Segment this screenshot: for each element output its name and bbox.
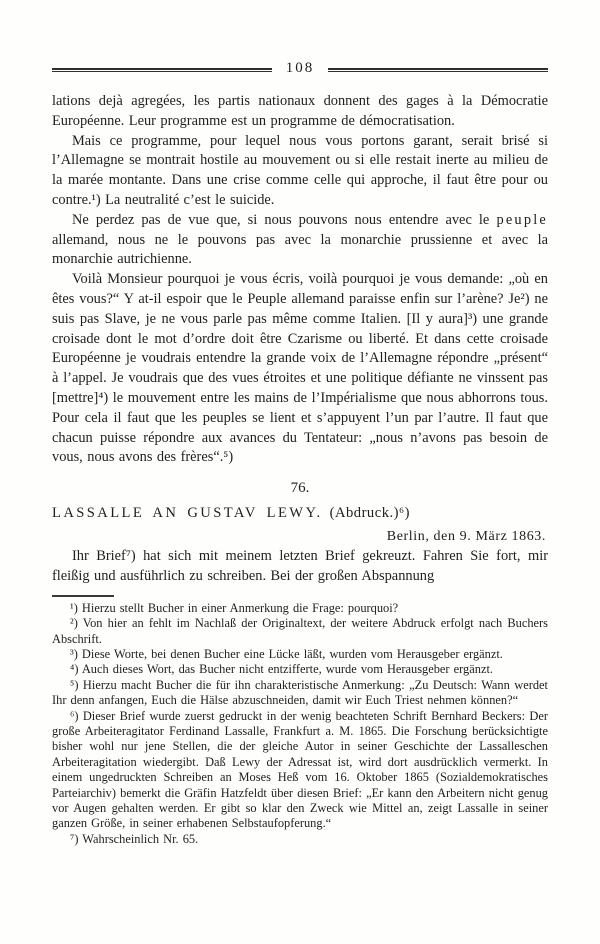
header-rule-right [328,68,548,72]
book-page: 108 lations dejà agregées, les partis na… [0,0,600,944]
footnote-1: ¹) Hierzu stellt Bucher in einer Anmerku… [52,601,548,616]
letter-heading-addressee: LASSALLE AN GUSTAV LEWY. [52,505,323,521]
header-rule-left [52,68,272,72]
emphasized-word: peuple [496,212,548,228]
letter-75-body: lations dejà agregées, les partis nation… [52,92,548,468]
section-number: 76. [52,479,548,498]
page-number: 108 [272,61,329,76]
paragraph-text-pre: Ne perdez pas de vue que, si nous pouvon… [72,212,496,228]
letter-paragraph-voila: Voilà Monsieur pourquoi je vous écris, v… [52,270,548,468]
footnote-6: ⁶) Dieser Brief wurde zuerst gedruckt in… [52,709,548,832]
footnote-2: ²) Von hier an fehlt im Nachlaß der Orig… [52,616,548,647]
letter-heading-note: (Abdruck.)⁶) [330,505,410,521]
footnote-7: ⁷) Wahrscheinlich Nr. 65. [52,832,548,847]
footnote-4: ⁴) Auch dieses Wort, das Bucher nicht en… [52,662,548,677]
footnote-5: ⁵) Hierzu macht Bucher die für ihn chara… [52,678,548,709]
paragraph-text-post: allemand, nous ne le pouvons pas avec la… [52,232,548,268]
letter-paragraph-continuation: lations dejà agregées, les partis nation… [52,92,548,132]
letter-dateline: Berlin, den 9. März 1863. [52,527,546,546]
letter-paragraph-ne-perdez: Ne perdez pas de vue que, si nous pouvon… [52,211,548,270]
footnote-3: ³) Diese Worte, bei denen Bucher eine Lü… [52,647,548,662]
letter-paragraph-mais: Mais ce programme, pour lequel nous vous… [52,132,548,211]
footnote-separator [52,595,114,597]
footnotes-block: ¹) Hierzu stellt Bucher in einer Anmerku… [52,601,548,848]
letter-76-opening: Ihr Brief⁷) hat sich mit meinem letzten … [52,547,548,587]
page-header: 108 [52,62,548,77]
letter-heading: LASSALLE AN GUSTAV LEWY.(Abdruck.)⁶) [52,503,548,523]
